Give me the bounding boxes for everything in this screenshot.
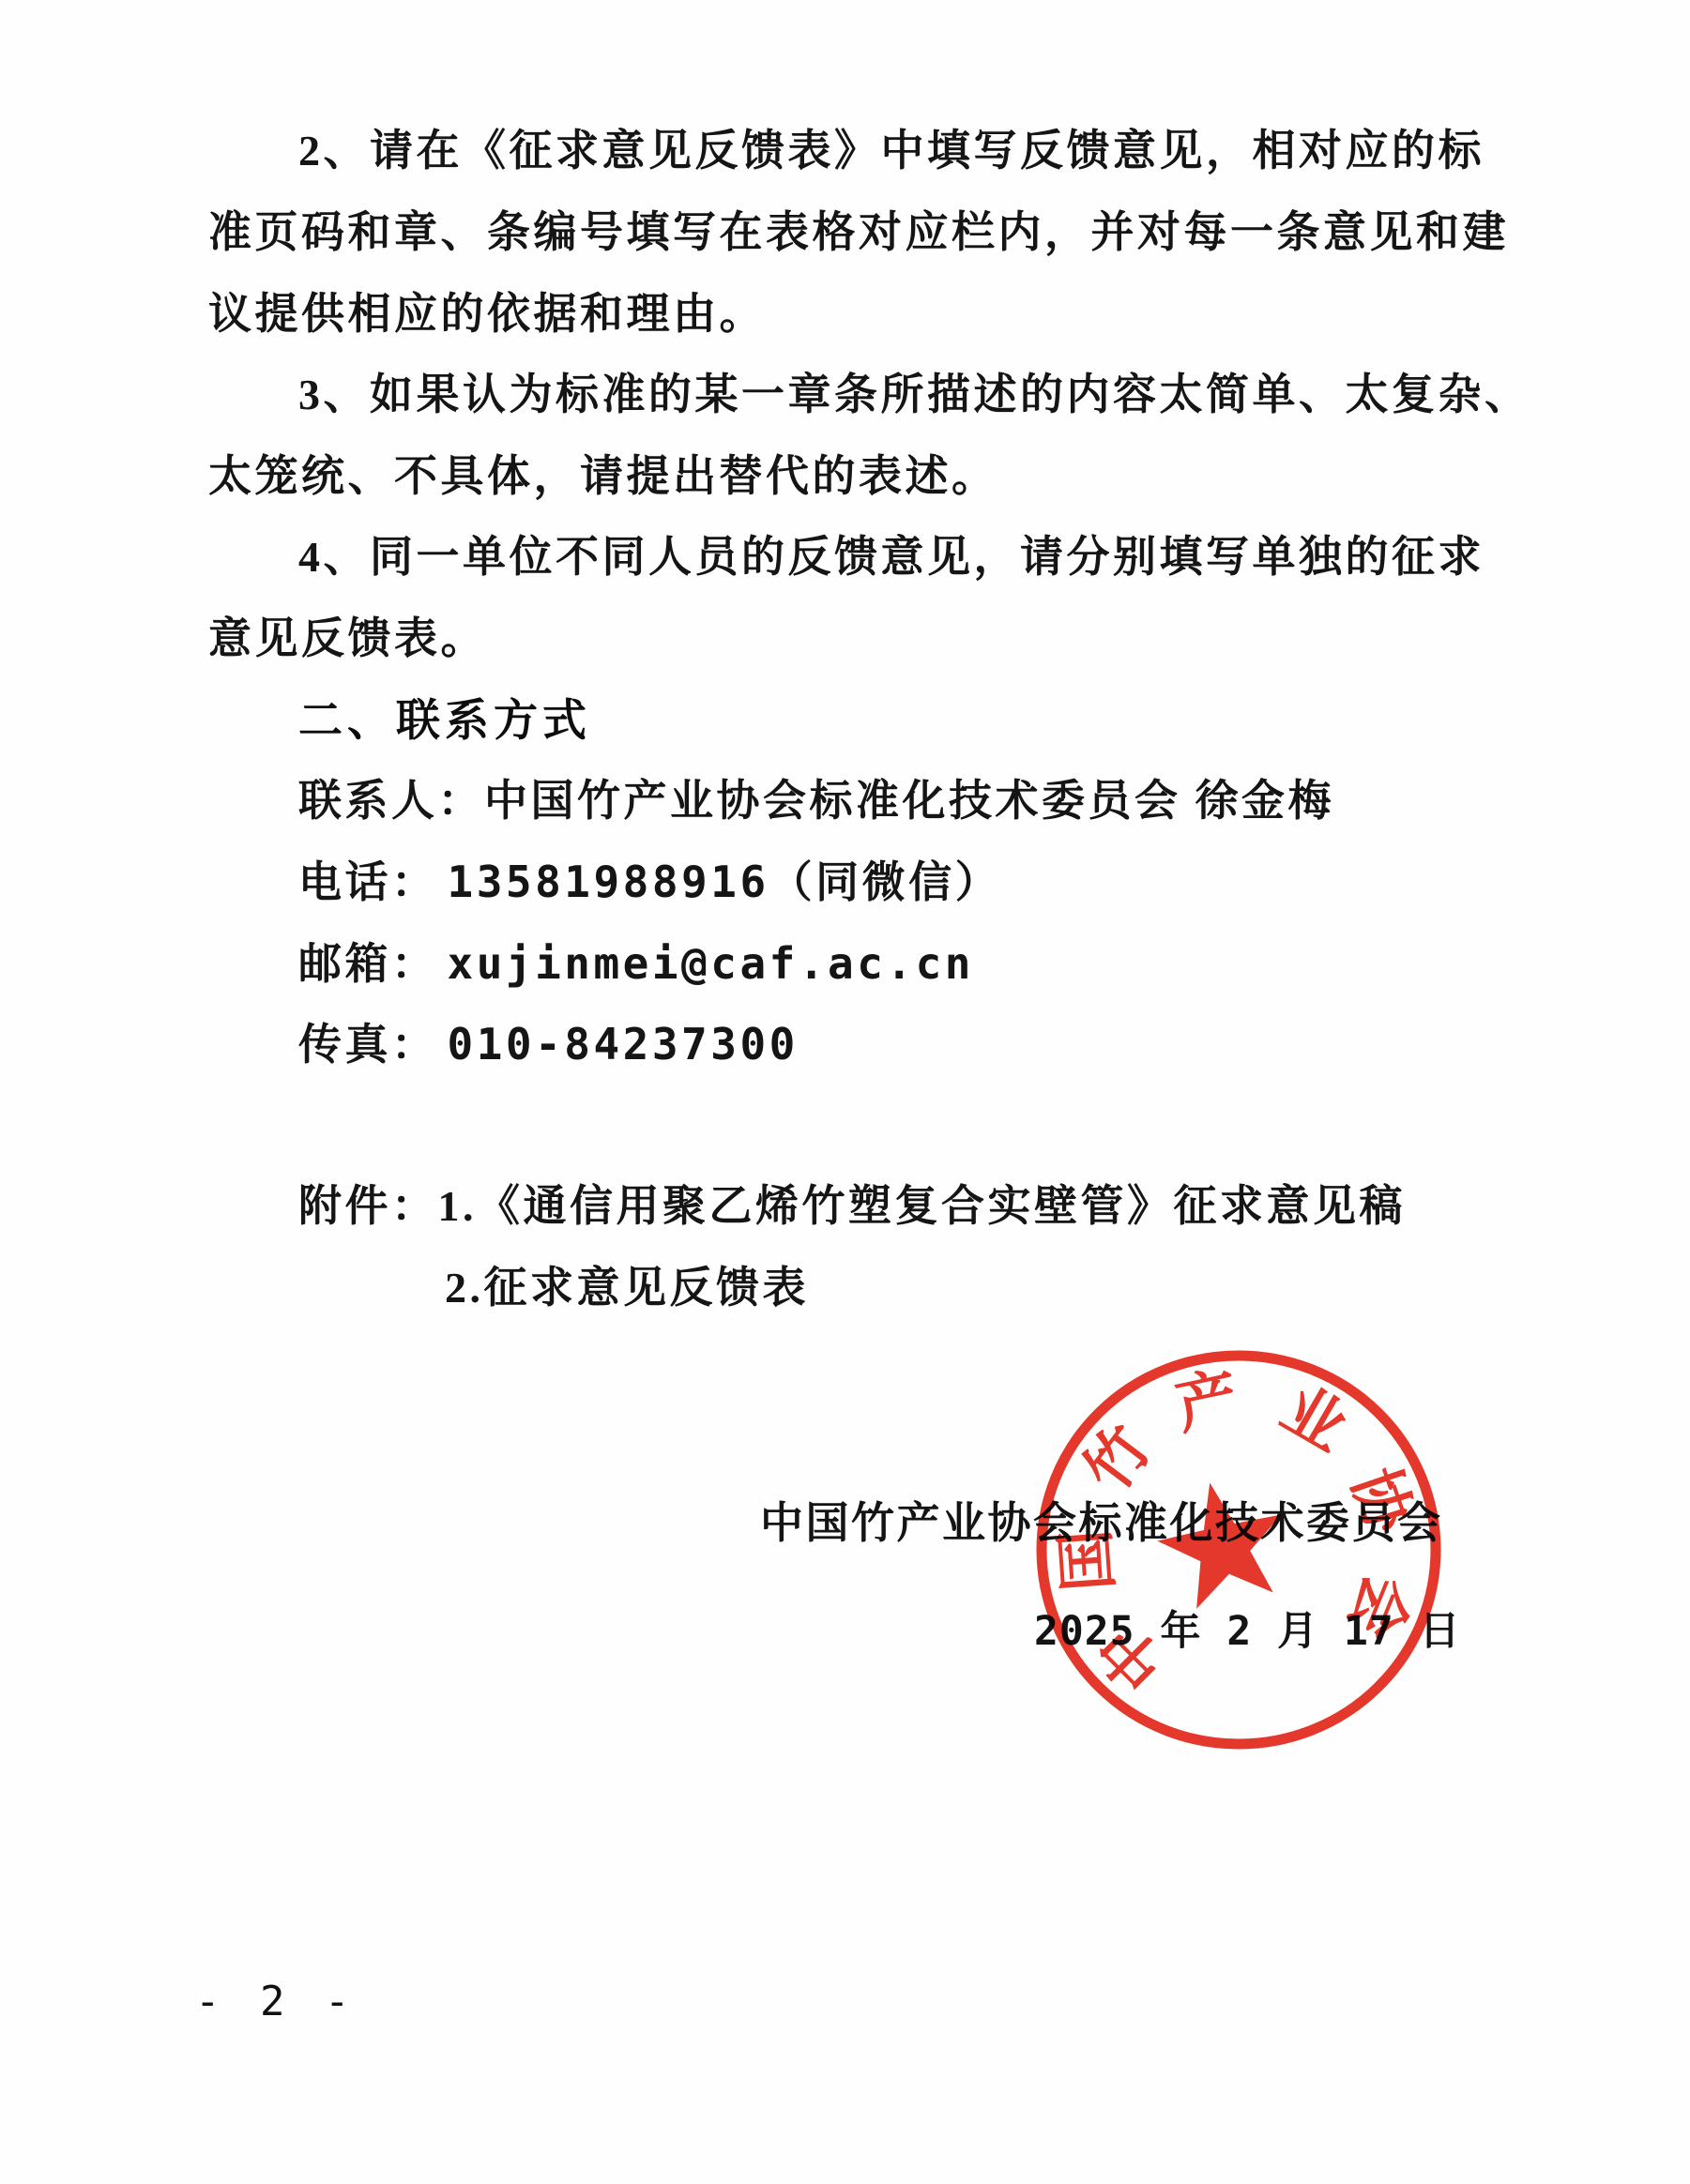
para2-line3: 议提供相应的依据和理由。 — [208, 293, 766, 336]
para2-line1: 2、请在《征求意见反馈表》中填写反馈意见，相对应的标 — [298, 129, 1484, 173]
para2-line2: 准页码和章、条编号填写在表格对应栏内，并对每一条意见和建 — [208, 211, 1509, 254]
svg-text:产: 产 — [1169, 1360, 1244, 1441]
para4-line2: 意见反馈表。 — [208, 617, 487, 660]
attachment-item-2: 2.征求意见反馈表 — [445, 1266, 809, 1310]
page-number: - 2 - — [195, 1981, 357, 2023]
official-seal: 中国竹产业协会 — [1028, 1343, 1451, 1758]
attachments-label: 附件： — [298, 1182, 438, 1230]
contact-fax-label: 传真： — [298, 1021, 438, 1069]
svg-text:协: 协 — [1339, 1460, 1425, 1542]
contact-person-label: 联系人： — [298, 777, 484, 825]
contact-phone-label: 电话： — [298, 858, 438, 906]
contact-email-label: 邮箱： — [298, 940, 438, 988]
contact-phone-value: 13581988916（同微信） — [448, 857, 1002, 907]
attachments-line1: 附件：1.《通信用聚乙烯竹塑复合实壁管》征求意见稿 — [298, 1185, 1406, 1228]
contact-email-line: 邮箱：xujinmei@caf.ac.cn — [298, 942, 974, 986]
contact-person-line: 联系人：中国竹产业协会标准化技术委员会 徐金梅 — [298, 780, 1334, 823]
section-heading-contact: 二、联系方式 — [298, 698, 591, 742]
contact-email-value: xujinmei@caf.ac.cn — [448, 938, 975, 989]
attachment-item-1: 1.《通信用聚乙烯竹塑复合实壁管》征求意见稿 — [438, 1182, 1407, 1230]
para4-line1: 4、同一单位不同人员的反馈意见，请分别填写单独的征求 — [298, 536, 1484, 579]
svg-text:国: 国 — [1050, 1527, 1123, 1594]
contact-fax-line: 传真：010-84237300 — [298, 1023, 799, 1067]
contact-person-value: 中国竹产业协会标准化技术委员会 徐金梅 — [484, 777, 1334, 825]
contact-phone-line: 电话：13581988916（同微信） — [298, 860, 1001, 904]
para3-line1: 3、如果认为标准的某一章条所描述的内容太简单、太复杂、 — [298, 373, 1531, 417]
contact-fax-value: 010-84237300 — [448, 1019, 799, 1069]
document-page: 2、请在《征求意见反馈表》中填写反馈意见，相对应的标 准页码和章、条编号填写在表… — [0, 0, 1690, 2184]
para3-line2: 太笼统、不具体，请提出替代的表述。 — [208, 455, 998, 498]
seal-star-icon — [1148, 1470, 1297, 1615]
